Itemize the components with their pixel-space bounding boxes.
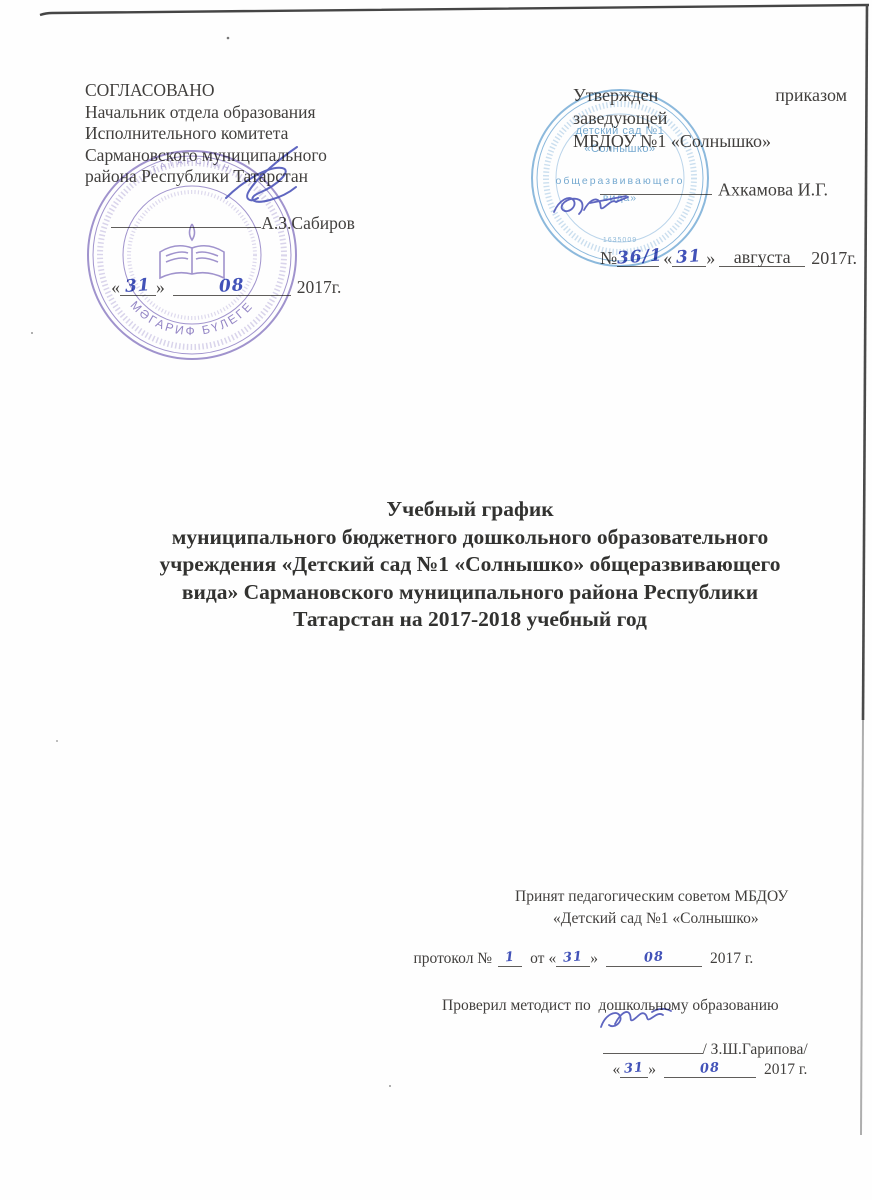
approval-left-line: Начальник отдела образования xyxy=(85,102,425,124)
year-text: 2017 г. xyxy=(764,1061,807,1078)
handwritten-day: 31 xyxy=(563,949,584,965)
year-text: 2017 г. xyxy=(710,950,753,967)
handwritten-month: 08 xyxy=(218,275,245,298)
year-text: 2017г. xyxy=(811,248,857,268)
close-quote: » xyxy=(648,1061,656,1078)
order-number-blank: 36/1 xyxy=(617,247,659,266)
open-quote: « xyxy=(111,277,120,297)
open-quote: « xyxy=(548,950,556,967)
protocol-label: протокол № xyxy=(414,950,493,967)
handwritten-day: 31 xyxy=(624,1060,645,1076)
month-blank: августа xyxy=(719,247,805,266)
approval-left-date-line: «31»082017г. xyxy=(85,256,425,321)
protocol-number-blank: 1 xyxy=(498,950,522,967)
typed-month: августа xyxy=(734,247,791,267)
title-line: муниципального бюджетного дошкольного об… xyxy=(88,524,852,552)
open-quote: « xyxy=(613,1061,621,1078)
signature-blank xyxy=(600,176,712,195)
day-blank: 31 xyxy=(672,247,706,266)
day-blank: 31 xyxy=(120,277,156,296)
accepted-protocol-line: протокол №1от«31»082017 г. xyxy=(398,932,753,986)
handwritten-day: 31 xyxy=(124,275,151,298)
approval-left-heading: СОГЛАСОВАНО xyxy=(85,80,425,102)
scanned-document-page: СОГЛАСОВАНО Начальник отдела образования… xyxy=(0,0,872,1200)
close-quote: » xyxy=(156,277,165,297)
accepted-line2: «Детский сад №1 «Солнышко» xyxy=(553,910,759,928)
head-name: Ахкамова И.Г. xyxy=(718,179,828,199)
document-title: Учебный график муниципального бюджетного… xyxy=(88,496,852,634)
handwritten-protocol-number: 1 xyxy=(505,950,516,966)
checked-date-line: «31»082017 г. xyxy=(597,1043,807,1097)
title-line: Татарстан на 2017-2018 учебный год xyxy=(88,606,852,634)
approved-word: Утвержден xyxy=(573,84,658,107)
open-quote: « xyxy=(663,248,672,268)
month-blank: 08 xyxy=(173,277,291,296)
by-order-word: приказом xyxy=(775,84,847,107)
signature-blank xyxy=(111,210,261,229)
scan-edge-right xyxy=(861,5,867,1135)
approver-name: А.З.Сабиров xyxy=(261,212,355,232)
approval-right-signature-line: Ахкамова И.Г. xyxy=(573,153,847,224)
handwritten-order-number: 36/1 xyxy=(616,245,663,271)
year-text: 2017г. xyxy=(297,277,342,297)
approval-left-line: Исполнительного комитета xyxy=(85,123,425,145)
title-line: вида» Сармановского муниципального район… xyxy=(88,579,852,607)
close-quote: » xyxy=(706,248,715,268)
number-sign: № xyxy=(600,248,617,268)
title-line: учреждения «Детский сад №1 «Солнышко» об… xyxy=(88,551,852,579)
approval-left-line: Сармановского муниципального xyxy=(85,145,425,167)
day-blank: 31 xyxy=(556,950,590,967)
day-blank: 31 xyxy=(620,1061,648,1078)
from-label: от xyxy=(530,950,544,967)
approval-right-line1: Утвержден приказом xyxy=(573,84,847,107)
handwritten-month: 08 xyxy=(643,949,664,965)
scan-edge-top xyxy=(40,5,869,15)
approval-left-block: СОГЛАСОВАНО Начальник отдела образования… xyxy=(85,80,425,320)
approval-right-line3: МБДОУ №1 «Солнышко» xyxy=(573,130,847,153)
checked-line1: Проверил методист по дошкольному образов… xyxy=(442,997,779,1015)
close-quote: » xyxy=(590,950,598,967)
approval-left-line: района Республики Татарстан xyxy=(85,166,425,188)
handwritten-month: 08 xyxy=(699,1060,720,1076)
approval-right-date-line: №36/1«31»августа2017г. xyxy=(573,224,847,293)
handwritten-day: 31 xyxy=(676,245,703,270)
approval-left-signature-line: А.З.Сабиров xyxy=(85,188,425,256)
month-blank: 08 xyxy=(664,1061,756,1078)
accepted-line1: Принят педагогическим советом МБДОУ xyxy=(515,888,788,906)
approval-right-line2: заведующей xyxy=(573,107,847,130)
approval-right-block: Утвержден приказом заведующей МБДОУ №1 «… xyxy=(573,84,847,293)
title-line: Учебный график xyxy=(88,496,852,524)
month-blank: 08 xyxy=(606,950,702,967)
